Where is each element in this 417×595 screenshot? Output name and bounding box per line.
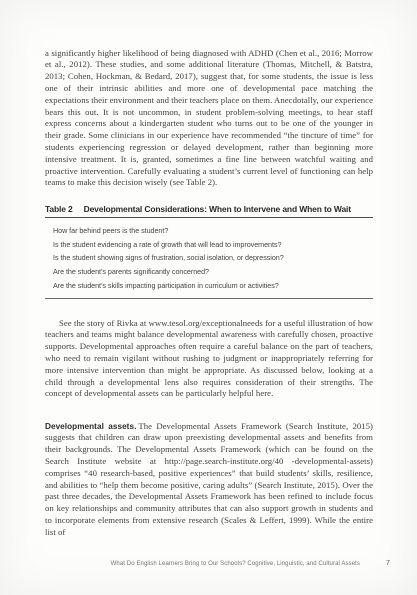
paragraph-adhd-research: a significantly higher likelihood of bei… bbox=[45, 48, 373, 190]
page-number: 7 bbox=[386, 560, 390, 567]
paragraph-developmental-assets: Developmental assets.The Developmental A… bbox=[45, 421, 373, 539]
paragraph-developmental-assets-text: The Developmental Assets Framework (Sear… bbox=[45, 421, 373, 537]
table-2-rows: How far behind peers is the student? Is … bbox=[45, 218, 373, 294]
table-row: How far behind peers is the student? bbox=[53, 224, 373, 238]
running-title: What Do English Learners Bring to Our Sc… bbox=[111, 561, 360, 567]
run-in-heading-developmental-assets: Developmental assets. bbox=[45, 422, 138, 431]
page-footer: What Do English Learners Bring to Our Sc… bbox=[45, 560, 390, 567]
table-row: Is the student showing signs of frustrat… bbox=[53, 251, 373, 265]
table-row: Are the student’s parents significantly … bbox=[53, 265, 373, 279]
table-row: Is the student evidencing a rate of grow… bbox=[53, 238, 373, 252]
table-bottom-rule bbox=[45, 298, 373, 299]
table-2-heading: Table 2Developmental Considerations: Whe… bbox=[45, 204, 373, 215]
table-2-label: Table 2 bbox=[45, 204, 73, 214]
book-page: a significantly higher likelihood of bei… bbox=[0, 0, 417, 595]
table-2-title: Developmental Considerations: When to In… bbox=[84, 204, 351, 214]
table-2: Table 2Developmental Considerations: Whe… bbox=[45, 204, 373, 299]
table-row: Are the student’s skills impacting parti… bbox=[53, 279, 373, 293]
paragraph-rivka-story: See the story of Rivka at www.tesol.org/… bbox=[45, 318, 373, 401]
